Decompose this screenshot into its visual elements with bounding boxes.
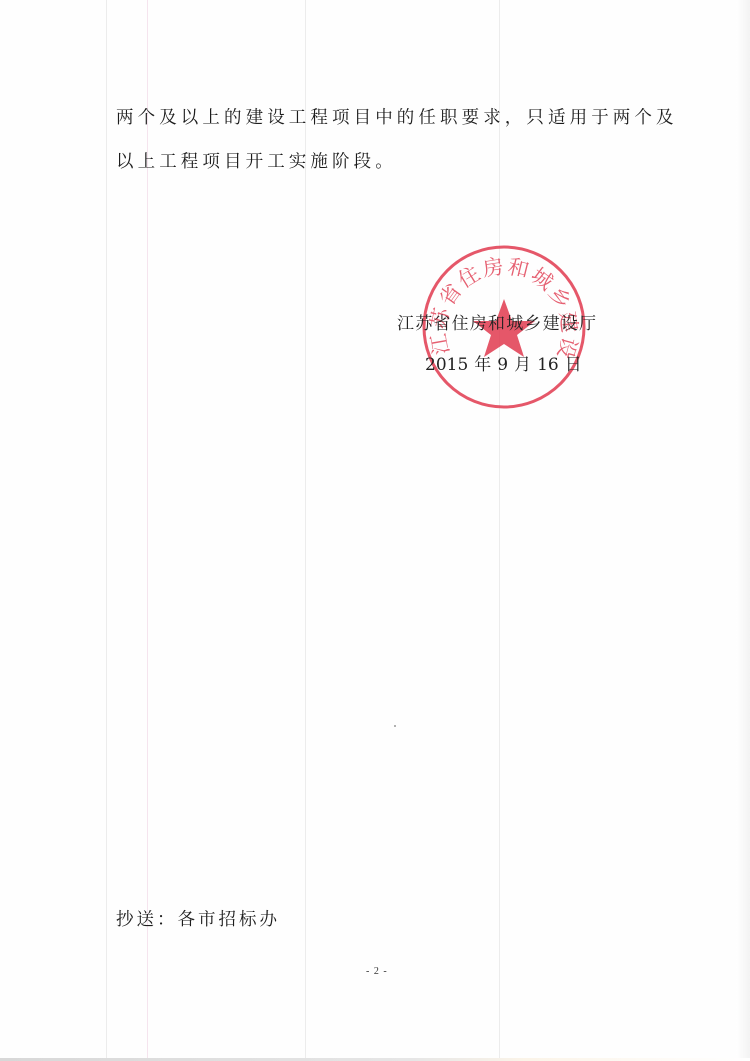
date-year: 2015 [425, 355, 468, 375]
date-year-unit: 年 [474, 355, 491, 375]
scan-artifact-line [499, 0, 500, 1061]
cc-label: 抄送： [116, 910, 178, 930]
signing-date: 2015年9月16日 [425, 350, 582, 375]
date-month: 9 [497, 355, 508, 375]
body-text-line: 两个及以上的建设工程项目中的任职要求，只适用于两个及 [116, 104, 678, 129]
date-month-unit: 月 [514, 355, 531, 375]
signing-organization: 江苏省住房和城乡建设厅 [397, 309, 597, 334]
document-page: 两个及以上的建设工程项目中的任职要求，只适用于两个及 以上工程项目开工实施阶段。… [0, 0, 750, 1061]
page-number: - 2 - [366, 966, 388, 977]
scan-edge-shadow [736, 0, 750, 1061]
scan-artifact-line [106, 0, 107, 1061]
body-text-line: 以上工程项目开工实施阶段。 [116, 148, 397, 173]
date-day: 16 [537, 355, 559, 375]
scan-speck [394, 725, 396, 727]
cc-line: 抄送：各市招标办 [116, 906, 280, 931]
date-day-unit: 日 [565, 355, 582, 375]
cc-recipients: 各市招标办 [178, 910, 281, 930]
